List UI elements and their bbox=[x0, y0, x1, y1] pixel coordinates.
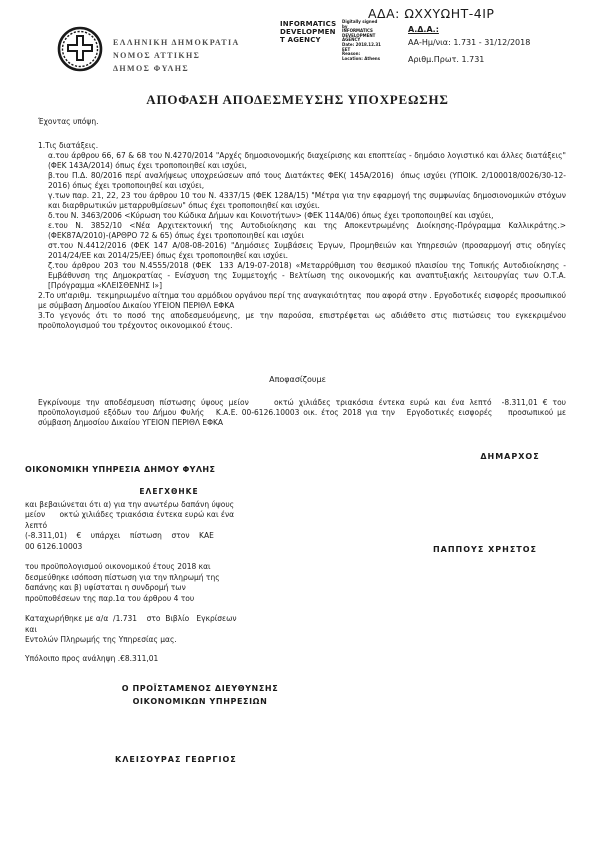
decision-paragraph: Εγκρίνουμε την αποδέσμευση πίστωσης ύψου… bbox=[38, 398, 566, 428]
check-line: (-8.311,01) € υπάρχει πίστωση στον ΚΑΕ bbox=[25, 531, 313, 542]
provision-item-a: α.του άρθρου 66, 67 & 68 του Ν.4270/2014… bbox=[38, 151, 566, 171]
stamp-agency-line: DEVELOPMEN bbox=[280, 28, 338, 36]
check-line: λεπτό bbox=[25, 521, 313, 532]
authority-line-republic: ΕΛΛΗΝΙΚΗ ΔΗΜΟΚΡΑΤΙΑ bbox=[113, 36, 240, 49]
provision-item-st: στ.του Ν.4412/2016 (ΦΕΚ 147 Α/08-08-2016… bbox=[38, 241, 566, 261]
decision-word: Αποφασίζουμε bbox=[0, 375, 595, 384]
stamp-sig-line: Location: Athens bbox=[342, 57, 384, 62]
document-page: ΕΛΛΗΝΙΚΗ ΔΗΜΟΚΡΑΤΙΑ ΝΟΜΟΣ ΑΤΤΙΚΗΣ ΔΗΜΟΣ … bbox=[0, 0, 595, 842]
finance-department-label: ΟΙΚΟΝΟΜΙΚΗ ΥΠΗΡΕΣΙΑ ΔΗΜΟΥ ΦΥΛΗΣ bbox=[25, 465, 215, 474]
ada-label: Α.Δ.Α.: bbox=[408, 25, 439, 34]
provision-item-b: β.του Π.Δ. 80/2016 περί αναλήψεως υποχρε… bbox=[38, 171, 566, 191]
digital-signature-stamp: INFORMATICS DEVELOPMEN T AGENCY Digitall… bbox=[280, 20, 384, 61]
check-line: δεσμεύθηκε ισόποση πίστωση για την πληρω… bbox=[25, 573, 313, 584]
ada-date-line: ΑΑ-Ημ/νια: 1.731 - 31/12/2018 bbox=[408, 38, 530, 48]
intro-line: Έχοντας υπόψη. bbox=[38, 117, 98, 126]
provision-item-c: γ.των παρ. 21, 22, 23 του άρθρου 10 του … bbox=[38, 191, 566, 211]
registered-line: και bbox=[25, 625, 313, 636]
decision-section: Εγκρίνουμε την αποδέσμευση πίστωσης ύψου… bbox=[38, 398, 566, 428]
ada-code: ΑΔΑ: ΩΧΧΥΩΗΤ-4ΙΡ bbox=[368, 6, 494, 21]
stamp-signature-details: Digitally signed by INFORMATICS DEVELOPM… bbox=[342, 20, 384, 61]
greek-coat-of-arms-icon bbox=[57, 26, 103, 72]
authority-block: ΕΛΛΗΝΙΚΗ ΔΗΜΟΚΡΑΤΙΑ ΝΟΜΟΣ ΑΤΤΙΚΗΣ ΔΗΜΟΣ … bbox=[113, 36, 240, 75]
protocol-number: Αριθμ.Πρωτ. 1.731 bbox=[408, 55, 484, 65]
finance-head-title: Ο ΠΡΟΪΣΤΑΜΕΝΟΣ ΔΙΕΥΘΥΝΣΗΣ ΟΙΚΟΝΟΜΙΚΩΝ ΥΠ… bbox=[80, 682, 320, 708]
consideration-item-3: 3.Το γεγονός ότι το ποσό της αποδεσμευόμ… bbox=[38, 311, 566, 331]
finance-head-name: ΚΛΕΙΣΟΥΡΑΣ ΓΕΩΡΓΙΟΣ bbox=[115, 755, 237, 764]
authority-line-municipality: ΔΗΜΟΣ ΦΥΛΗΣ bbox=[113, 62, 240, 75]
stamp-agency-line: T AGENCY bbox=[280, 36, 338, 44]
check-line: του προϋπολογισμού οικονομικού έτους 201… bbox=[25, 562, 313, 573]
legal-basis-section: 1.Τις διατάξεις. α.του άρθρου 66, 67 & 6… bbox=[38, 141, 566, 331]
balance-line: Υπόλοιπο προς ανάληψη .€8.311,01 bbox=[25, 654, 313, 665]
finance-head-title-line1: Ο ΠΡΟΪΣΤΑΜΕΝΟΣ ΔΙΕΥΘΥΝΣΗΣ bbox=[80, 682, 320, 695]
registered-line: Καταχωρήθηκε με α/α /1.731 στο Βιβλίο Εγ… bbox=[25, 614, 313, 625]
provision-item-e: ε.του Ν. 3852/10 <Νέα Αρχιτεκτονική της … bbox=[38, 221, 566, 241]
mayor-name: ΠΑΠΠΟΥΣ ΧΡΗΣΤΟΣ bbox=[395, 545, 575, 554]
provision-item-d: δ.του Ν. 3463/2006 <Κύρωση του Κώδικα Δή… bbox=[38, 211, 566, 221]
check-line: μείον οκτώ χιλιάδες τριακόσια έντεκα ευρ… bbox=[25, 510, 313, 521]
audit-block: ΕΛΕΓΧΘΗΚΕ και βεβαιώνεται ότι α) για την… bbox=[25, 487, 313, 664]
stamp-agency-name: INFORMATICS DEVELOPMEN T AGENCY bbox=[280, 20, 338, 61]
page-title: ΑΠΟΦΑΣΗ ΑΠΟΔΕΣΜΕΥΣΗΣ ΥΠΟΧΡΕΩΣΗΣ bbox=[0, 92, 595, 108]
checked-title: ΕΛΕΓΧΘΗΚΕ bbox=[25, 487, 313, 498]
check-line: και βεβαιώνεται ότι α) για την ανωτέρω δ… bbox=[25, 500, 313, 511]
authority-line-prefecture: ΝΟΜΟΣ ΑΤΤΙΚΗΣ bbox=[113, 49, 240, 62]
registered-line: Εντολών Πληρωμής της Υπηρεσίας μας. bbox=[25, 635, 313, 646]
check-line: προϋποθέσεων της παρ.1α του άρθρου 4 του bbox=[25, 594, 313, 605]
consideration-item-2: 2.Το υπ'αριθμ. τεκμηριωμένο αίτημα του α… bbox=[38, 291, 566, 311]
provisions-heading: 1.Τις διατάξεις. bbox=[38, 141, 566, 151]
provision-item-z: ζ.του άρθρου 203 του Ν.4555/2018 (ΦΕΚ 13… bbox=[38, 261, 566, 291]
stamp-agency-line: INFORMATICS bbox=[280, 20, 338, 28]
check-line: δαπάνης και β) υφίσταται η συνδρομή των bbox=[25, 583, 313, 594]
finance-head-title-line2: ΟΙΚΟΝΟΜΙΚΩΝ ΥΠΗΡΕΣΙΩΝ bbox=[80, 695, 320, 708]
mayor-label: ΔΗΜΑΡΧΟΣ bbox=[440, 452, 580, 461]
check-line: 00 6126.10003 bbox=[25, 542, 313, 553]
